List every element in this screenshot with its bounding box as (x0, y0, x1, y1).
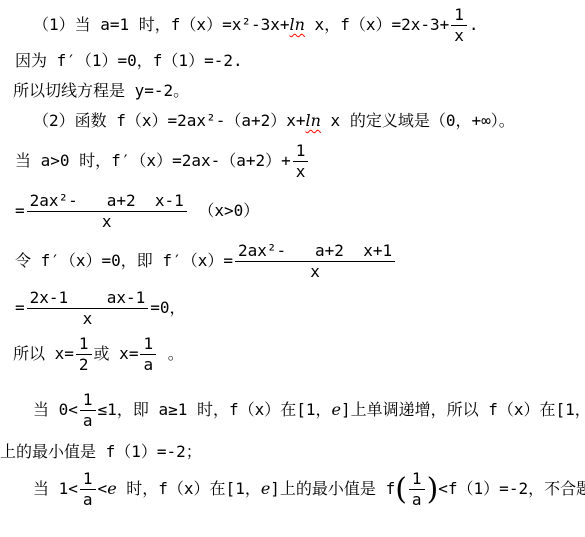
fraction-denominator: a (140, 355, 156, 375)
fraction-numerator: 1 (80, 390, 96, 411)
fraction: 1x (451, 5, 467, 46)
text-run: = (15, 201, 25, 220)
math-line: 上的最小值是 f（1）=-2； (0, 441, 585, 462)
fraction-numerator: 1 (80, 469, 96, 490)
fraction: 12 (76, 334, 92, 375)
text-run: 或 x= (94, 344, 139, 363)
fraction-numerator: 2ax²- a+2 x+1 (235, 241, 395, 262)
fraction-denominator: x (235, 262, 395, 282)
fraction: 2x-1 ax-1x (27, 288, 149, 329)
text-run: 所以切线方程是 y=-2。 (13, 81, 189, 100)
fraction-numerator: 1 (451, 5, 467, 26)
fraction: 1a (409, 469, 425, 510)
fraction-denominator: x (293, 162, 309, 182)
text-run: ]上单调递增，所以 f（x）在[1， (341, 400, 585, 419)
fraction-numerator: 2x-1 ax-1 (27, 288, 149, 309)
text-run: （2）函数 f（x）=2ax²-（a+2）x+ (33, 111, 306, 130)
document-page: （1）当 a=1 时，f（x）=x²-3x+ln x，f（x）=2x-3+1x.… (0, 5, 585, 537)
text-run: = (15, 298, 25, 317)
fraction-denominator: a (80, 490, 96, 510)
ln-term-spellcheck: ln (306, 111, 321, 130)
math-line: 令 f′（x）=0，即 f′（x）=2ax²- a+2 x+1x (0, 241, 585, 282)
text-run: （x>0） (189, 201, 260, 220)
text-run: =0， (150, 298, 185, 317)
math-line: （1）当 a=1 时，f（x）=x²-3x+ln x，f（x）=2x-3+1x. (0, 5, 585, 46)
math-line: 所以 x=12或 x=1a 。 (0, 334, 585, 375)
text-run: 令 f′（x）=0，即 f′（x）= (15, 251, 233, 270)
fraction-denominator: 2 (76, 355, 92, 375)
fraction: 1a (80, 390, 96, 431)
fraction-numerator: 1 (409, 469, 425, 490)
fraction: 1x (293, 141, 309, 182)
fraction-denominator: x (451, 26, 467, 46)
fraction-numerator: 1 (293, 141, 309, 162)
text-run: 因为 f′（1）=0，f（1）=-2. (15, 51, 243, 70)
fraction-denominator: x (27, 212, 187, 232)
text-run: 当 a>0 时，f′（x）=2ax-（a+2）+ (15, 151, 291, 170)
math-line: 因为 f′（1）=0，f（1）=-2. (0, 50, 585, 71)
math-line: =2x-1 ax-1x=0， (0, 288, 585, 329)
fraction-numerator: 1 (76, 334, 92, 355)
italic-e: e (261, 479, 270, 498)
fraction-numerator: 1 (140, 334, 156, 355)
fraction: 1a (80, 469, 96, 510)
math-line: 当 1<1a<e 时，f（x）在[1，e]上的最小值是 f(1a)<f（1）=-… (0, 469, 585, 510)
fraction-numerator: 2ax²- a+2 x-1 (27, 191, 187, 212)
text-run: 所以 x= (13, 344, 74, 363)
math-line: 当 0<1a≤1，即 a≥1 时，f（x）在[1，e]上单调递增，所以 f（x）… (0, 390, 585, 431)
math-line: （2）函数 f（x）=2ax²-（a+2）x+ln x 的定义域是（0，+∞）。 (0, 110, 585, 131)
italic-e: e (107, 479, 116, 498)
text-run: ]上的最小值是 f (270, 479, 395, 498)
fraction: 1a (140, 334, 156, 375)
text-run: 当 1< (33, 479, 78, 498)
fraction-denominator: x (27, 309, 149, 329)
math-line: 所以切线方程是 y=-2。 (0, 80, 585, 101)
text-run: x 的定义域是（0，+∞）。 (321, 111, 515, 130)
text-run: 上的最小值是 f（1）=-2； (0, 442, 202, 461)
math-line: =2ax²- a+2 x-1x （x>0） (0, 191, 585, 232)
fraction: 2ax²- a+2 x-1x (27, 191, 187, 232)
text-run: . (469, 15, 479, 34)
fraction: 2ax²- a+2 x+1x (235, 241, 395, 282)
fraction-denominator: a (409, 490, 425, 510)
text-run: < (98, 479, 108, 498)
text-run: 时，f（x）在[1， (117, 479, 261, 498)
text-run: ≤1，即 a≥1 时，f（x）在[1， (98, 400, 332, 419)
italic-e: e (332, 400, 341, 419)
text-run: （1）当 a=1 时，f（x）=x²-3x+ (33, 15, 290, 34)
ln-term-spellcheck: ln (290, 15, 305, 34)
fraction-denominator: a (80, 411, 96, 431)
math-line: 当 a>0 时，f′（x）=2ax-（a+2）+1x (0, 141, 585, 182)
text-run: 当 0< (33, 400, 78, 419)
text-run: 。 (158, 344, 184, 363)
text-run: <f（1）=-2，不合题意； (438, 479, 585, 498)
text-run: x，f（x）=2x-3+ (305, 15, 449, 34)
